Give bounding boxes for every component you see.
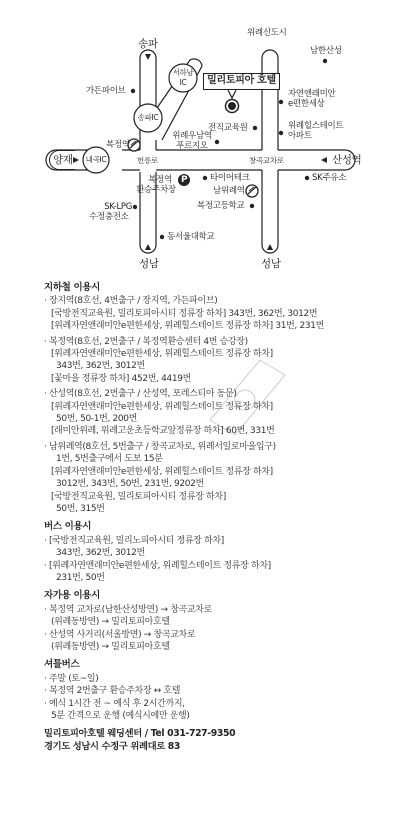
landmark-raemian: 자연앤래미안 e편한세상: [288, 89, 335, 109]
road-heolleung-ro: 헌릉로: [137, 156, 158, 166]
shuttle-title: 셔틀버스: [44, 659, 384, 671]
bus-item: · [위례자연앤래미안e편한세상, 위례힐스테이트 정류장 하차] 231번, …: [44, 560, 384, 585]
landmark-namwirye-station: 남위례역: [213, 186, 245, 196]
direction-songpa: 송파: [138, 38, 158, 50]
arrow-up-icon: [145, 244, 151, 250]
landmark-namhansanseong: 남한산성: [310, 46, 342, 56]
subway-item: · 산성역(8호선, 2번출구 / 산성역, 포레스티아 동문) [위례자연앤래…: [44, 388, 384, 438]
landmark-sk-gas: SK주유소: [312, 173, 346, 183]
naegok-ic-label: 내곡IC: [83, 155, 109, 165]
landmark-bokjeong-parking: 복정역 환승주차장: [134, 175, 178, 195]
car-item: · 복정역 교차로(남한산성방면) → 창곡교차로 (위례동방면) → 밀리토피…: [44, 604, 384, 629]
subway-section: 지하철 이용시 · 장지역(8호선, 4번출구 / 장지역, 가든파이브) [국…: [44, 282, 384, 515]
location-map: 송파 위례신도시 양재 산성역 성남 성남 서하남 IC 송파IC 내곡IC 헌…: [0, 0, 400, 275]
shuttle-section: 셔틀버스 · 주말 (토~일) · 복정역 2번출구 환승주차장 ↔ 호텔 · …: [44, 659, 384, 722]
bus-title: 버스 이용시: [44, 521, 384, 533]
landmark-bokjeong-high: 복정고등학교: [197, 201, 244, 211]
parking-label: P: [181, 175, 187, 185]
subway-item: · 남위례역(8호선, 5번출구 / 창곡교차로, 위례서일로마을입구) 1번,…: [44, 441, 384, 515]
seohanam-ic-label: 서하남 IC: [170, 68, 196, 88]
car-section: 자가용 이용시 · 복정역 교차로(남한산성방면) → 창곡교차로 (위례동방면…: [44, 590, 384, 653]
landmark-sk-lpg-sub: 수정충전소: [89, 212, 129, 222]
subway-title: 지하철 이용시: [44, 282, 384, 294]
hotel-label: 밀리토피아 호텔: [203, 73, 280, 90]
bus-item: · [국방전직교육원, 밀리노피아시티 정류장 하차] 343번, 362번, …: [44, 535, 384, 560]
landmark-bokjeong-station: 복정역: [106, 140, 130, 150]
direction-yangjae: 양재: [49, 150, 75, 170]
subway-station-icon: [246, 185, 258, 197]
songpa-ic-label: 송파IC: [134, 113, 162, 123]
subway-item: · 복정역(8호선, 2번출구 / 복정역환승센터 4번 승강장) [위례자연앤…: [44, 336, 384, 386]
direction-seongnam-right: 성남: [261, 258, 281, 270]
direction-sanseong-station: 산성역: [332, 154, 362, 166]
arrow-down-icon: [145, 54, 151, 60]
directions-content: 지하철 이용시 · 장지역(8호선, 4번출구 / 장지역, 가든파이브) [국…: [44, 282, 384, 753]
landmark-dong-seoul-univ: 동서울대학교: [167, 232, 214, 242]
arrow-up-icon: [267, 244, 273, 250]
subway-item: · 장지역(8호선, 4번출구 / 장지역, 가든파이브) [국방전직교육원, …: [44, 295, 384, 332]
bus-section: 버스 이용시 · [국방전직교육원, 밀리노피아시티 정류장 하차] 343번,…: [44, 521, 384, 584]
contact-phone: 밀리토피아호텔 웨딩센터 / Tel 031-727-9350: [44, 728, 384, 741]
arrow-left-icon: [321, 157, 327, 163]
landmark-tire-tech: 타이어테크: [210, 173, 250, 183]
direction-seongnam-left: 성남: [139, 258, 159, 270]
car-item: · 산성역 사거리(서울방면) → 창곡교차로 (위례동방면) → 밀리토피아호…: [44, 629, 384, 654]
direction-wirye-newtown: 위례신도시: [247, 28, 287, 38]
landmark-wirye-prugio: 위례우남역 푸르지오: [170, 131, 214, 151]
landmark-wirye-hills: 위례힐스테이트 아파트: [288, 121, 343, 141]
contact-address: 경기도 성남시 수정구 위례대로 83: [44, 741, 384, 754]
contact-footer: 밀리토피아호텔 웨딩센터 / Tel 031-727-9350 경기도 성남시 …: [44, 728, 384, 753]
car-title: 자가용 이용시: [44, 590, 384, 602]
landmark-garden-five: 가든파이브: [86, 86, 126, 96]
road-changgok-intersection: 창곡교차로: [249, 156, 284, 166]
landmark-sk-lpg: SK-LPG: [88, 202, 132, 212]
